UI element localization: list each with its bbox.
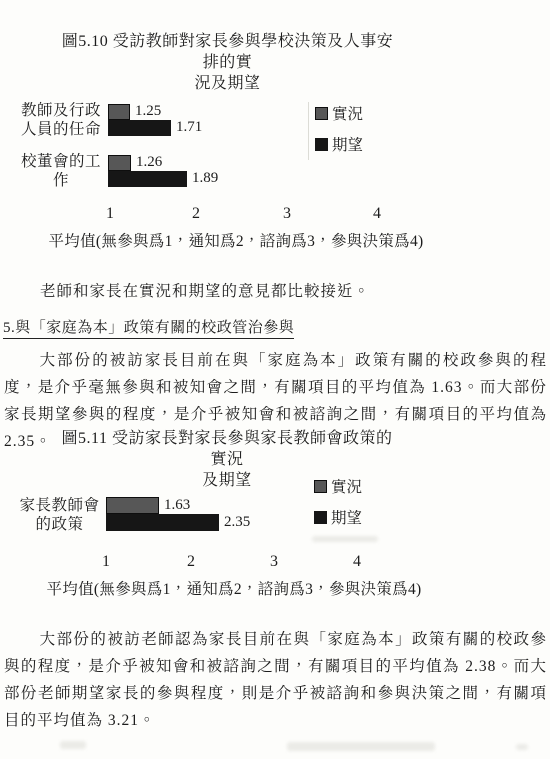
bar-actual-school-board-work [108, 155, 131, 171]
figure-5-10-chart: 教師及行政人員的任命 1.25 1.71 校董會的工作 1.26 1.89 實況 [0, 95, 550, 260]
legend-item-expected: 期望 [315, 133, 363, 155]
bar-expected-school-board-work [108, 171, 187, 187]
bar-row: 2.35 [106, 514, 250, 531]
bar-actual-pta-policy [106, 497, 159, 514]
legend-swatch-expected [315, 138, 328, 151]
x-axis-tick: 3 [283, 205, 291, 223]
category-label-teachers-appointment: 教師及行政人員的任命 [17, 101, 105, 139]
bar-row: 1.89 [108, 170, 218, 187]
document-page: 圖5.10 受訪教師對家長參與學校決策及人事安排的實 況及期望 教師及行政人員的… [0, 0, 550, 759]
value-label: 1.89 [192, 170, 218, 187]
paragraph-after-fig-5-10: 老師和家長在實況和期望的意見都比較接近。 [40, 278, 540, 305]
section-5-heading-wrap: 5.與「家庭為本」政策有關的校政管治參與 [3, 316, 294, 339]
bar-row: 1.26 [108, 154, 162, 171]
figure-5-10-title-line-2: 況及期望 [55, 73, 400, 94]
legend-item-expected: 期望 [314, 506, 362, 528]
x-axis-tick: 4 [353, 553, 361, 571]
bar-expected-pta-policy [106, 514, 219, 531]
section-5-heading: 5.與「家庭為本」政策有關的校政管治參與 [3, 316, 294, 339]
scan-artifact [60, 741, 86, 749]
x-axis-caption: 平均值(無參與爲1，通知爲2，諮詢爲3，參與決策爲4) [0, 577, 468, 599]
figure-5-11-chart: 實況 期望 家長教師會的政策 1.63 2.35 1 2 3 4 平均值(無參與… [0, 470, 550, 605]
legend-label-actual: 實況 [332, 102, 363, 124]
legend-label-actual: 實況 [331, 475, 362, 497]
scan-artifact [287, 742, 435, 751]
x-axis-tick: 2 [187, 553, 195, 571]
legend: 實況 期望 [308, 102, 363, 160]
x-axis-tick: 2 [192, 205, 200, 223]
x-axis-caption: 平均值(無參與爲1，通知爲2，諮詢爲3，參與決策爲4) [0, 229, 472, 251]
legend-item-actual: 實況 [314, 475, 362, 497]
figure-5-10-title: 圖5.10 受訪教師對家長參與學校決策及人事安排的實 況及期望 [55, 31, 400, 94]
legend: 實況 期望 [308, 475, 362, 528]
bar-expected-teachers-appointment [108, 120, 171, 136]
category-label-pta-policy: 家長教師會的政策 [12, 496, 107, 534]
legend-swatch-actual [314, 480, 327, 493]
value-label: 1.26 [136, 154, 162, 171]
legend-label-expected: 期望 [331, 506, 362, 528]
bar-row: 1.63 [106, 497, 190, 514]
x-axis-tick: 3 [270, 553, 278, 571]
value-label: 2.35 [224, 514, 250, 531]
legend-swatch-actual [315, 107, 328, 120]
bar-row: 1.25 [108, 103, 161, 120]
scan-artifact [312, 536, 378, 542]
bar-row: 1.71 [108, 119, 202, 136]
figure-5-10-title-line-1: 圖5.10 受訪教師對家長參與學校決策及人事安排的實 [55, 31, 400, 73]
x-axis-tick: 1 [102, 553, 110, 571]
value-label: 1.71 [176, 119, 202, 136]
legend-label-expected: 期望 [332, 133, 363, 155]
figure-5-11-title-line-1: 圖5.11 受訪家長對家長參與家長教師會政策的實況 [57, 428, 397, 470]
legend-item-actual: 實況 [315, 102, 363, 124]
x-axis-tick: 4 [373, 205, 381, 223]
value-label: 1.63 [164, 497, 190, 514]
paragraph-after-fig-5-11: 大部份的被訪老師認為家長目前在與「家庭為本」政策有關的校政參與的程度，是介乎被知… [4, 626, 547, 734]
scan-artifact [516, 744, 528, 750]
category-label-school-board-work: 校董會的工作 [17, 152, 105, 190]
bar-actual-teachers-appointment [108, 104, 130, 120]
legend-swatch-expected [314, 511, 327, 524]
value-label: 1.25 [135, 103, 161, 120]
x-axis-tick: 1 [106, 205, 114, 223]
